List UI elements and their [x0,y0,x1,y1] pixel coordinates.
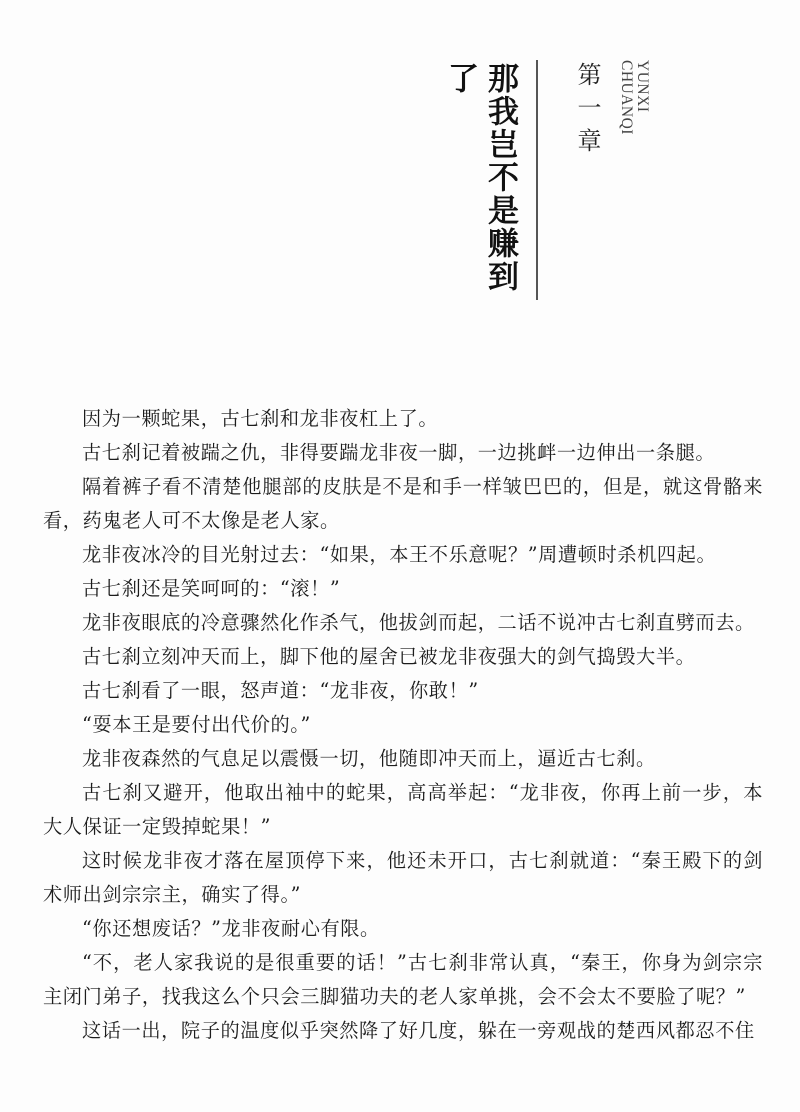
chapter-heading: 那我岂不是赚到了 第一章 YUNXICHUANQI [480,60,670,310]
chapter-number: 第一章 [568,62,604,161]
paragraph: “不，老人家我说的是很重要的话！”古七刹非常认真，“秦王，你身为剑宗宗主闭门弟子… [43,946,763,1014]
paragraph: 古七刹还是笑呵呵的：“滚！” [43,572,763,606]
paragraph: 龙非夜眼底的冷意骤然化作杀气，他拔剑而起，二话不说冲古七刹直劈而去。 [43,606,763,640]
paragraph: 因为一颗蛇果，古七刹和龙非夜杠上了。 [43,402,763,436]
paragraph: 隔着裤子看不清楚他腿部的皮肤是不是和手一样皱巴巴的，但是，就这骨骼来看，药鬼老人… [43,470,763,538]
paragraph: 古七刹又避开，他取出袖中的蛇果，高高举起：“龙非夜，你再上前一步，本大人保证一定… [43,776,763,844]
paragraph: 龙非夜冰冷的目光射过去：“如果，本王不乐意呢？”周遭顿时杀机四起。 [43,538,763,572]
paragraph: 龙非夜森然的气息足以震慑一切，他随即冲天而上，逼近古七刹。 [43,742,763,776]
paragraph: “耍本王是要付出代价的。” [43,708,763,742]
paragraph: “你还想废话？”龙非夜耐心有限。 [43,912,763,946]
paragraph: 这话一出，院子的温度似乎突然降了好几度，躲在一旁观战的楚西风都忍不住 [43,1014,763,1048]
book-page: 那我岂不是赚到了 第一章 YUNXICHUANQI 因为一颗蛇果，古七刹和龙非夜… [0,0,800,1112]
paragraph: 古七刹立刻冲天而上，脚下他的屋舍已被龙非夜强大的剑气捣毁大半。 [43,640,763,674]
series-name-latin: YUNXICHUANQI [618,60,650,135]
paragraph: 这时候龙非夜才落在屋顶停下来，他还未开口，古七刹就道：“秦王殿下的剑术师出剑宗宗… [43,844,763,912]
series-latin-line-1: YUNXI [634,60,651,112]
chapter-body: 因为一颗蛇果，古七刹和龙非夜杠上了。 古七刹记着被踹之仇，非得要踹龙非夜一脚，一… [43,402,763,1048]
series-latin-line-2: CHUANQI [618,60,635,135]
heading-divider [536,60,538,300]
chapter-title: 那我岂不是赚到了 [480,62,520,310]
paragraph: 古七刹记着被踹之仇，非得要踹龙非夜一脚，一边挑衅一边伸出一条腿。 [43,436,763,470]
paragraph: 古七刹看了一眼，怒声道：“龙非夜，你敢！” [43,674,763,708]
